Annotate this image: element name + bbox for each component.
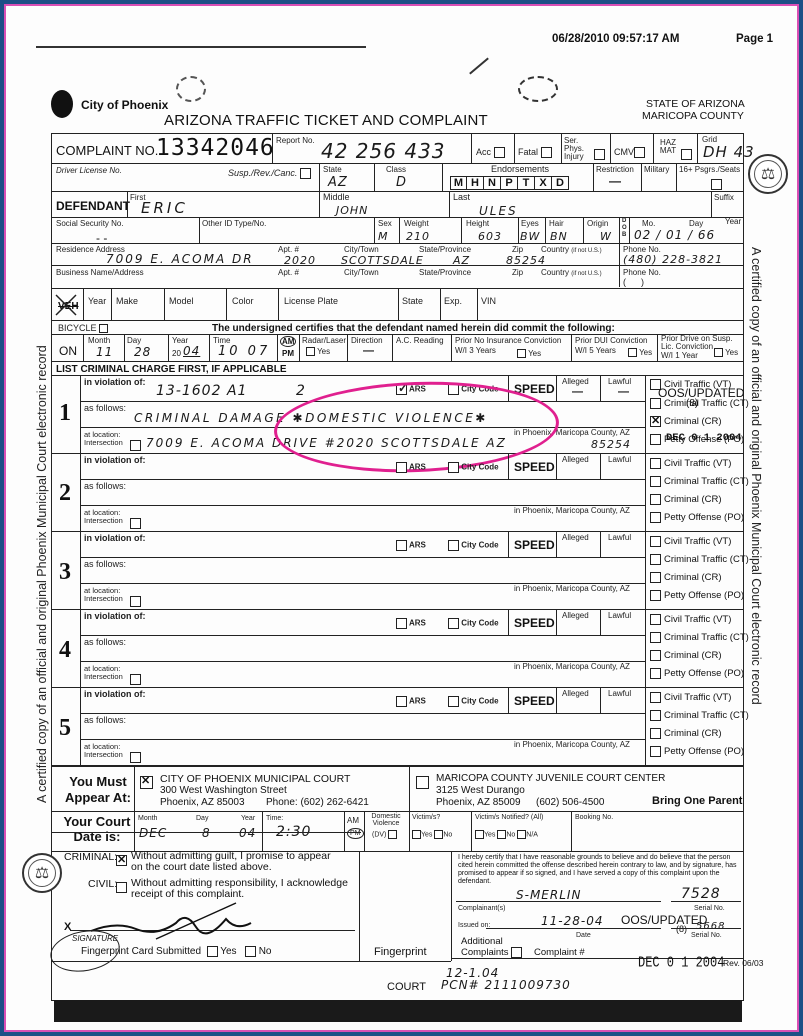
court1-name: CITY OF PHOENIX MUNICIPAL COURT [160, 773, 350, 785]
complainant-label: Complainant(s) [458, 904, 505, 913]
dv-label: Domestic Violence [368, 813, 404, 827]
charge-type-criminal-traffic: Criminal Traffic (CT) [650, 632, 749, 644]
speed-label: SPEED [514, 694, 555, 708]
charge-type-petty-offense: Petty Offense (PO) [650, 512, 744, 524]
prior-susp-yes: Yes [714, 348, 738, 357]
prior-insurance-yes: Yes [517, 349, 541, 358]
violation-label: in violation of: [84, 534, 146, 543]
criminal-checkbox[interactable] [650, 572, 661, 583]
residence-apt-label: Apt. # [278, 245, 299, 254]
certify-text: I hereby certify that I have reasonable … [458, 854, 740, 886]
violation-extra: 2 [296, 383, 306, 399]
restriction-label: Restriction [596, 165, 634, 174]
bring-parent-note: Bring One Parent [652, 795, 742, 807]
sex-value: M [378, 230, 389, 243]
court-label: COURT [387, 981, 426, 993]
hole-punch-mark [518, 76, 558, 102]
ser-phys-checkbox[interactable] [594, 149, 605, 160]
incident-month-label: Month [88, 336, 110, 345]
ssn-label: Social Security No. [56, 219, 124, 228]
restriction-value: — [609, 174, 621, 188]
charge-type-criminal-traffic: Criminal Traffic (CT) [650, 476, 749, 488]
print-timestamp: 06/28/2010 09:57:17 AM [552, 33, 679, 45]
prior-susp-sub: W/I 1 Year [661, 351, 698, 360]
city-code-option: City Code [448, 540, 499, 551]
complaint-label: COMPLAINT NO. [56, 143, 158, 158]
bicycle-label: BICYCLE [58, 324, 108, 333]
intersection-checkbox[interactable] [130, 596, 141, 607]
business-phone-label: Phone No. [623, 268, 661, 277]
dl-label: Driver License No. [56, 166, 122, 175]
dl-state-label: State [323, 165, 342, 174]
court-seal-icon: ⚖ [748, 154, 788, 194]
civil-traffic-checkbox[interactable] [650, 614, 661, 625]
city-code-checkbox[interactable] [448, 696, 459, 707]
intersection-checkbox[interactable] [130, 518, 141, 529]
hole-punch-mark [176, 76, 206, 102]
on-label: ON [59, 344, 77, 358]
court1-phone: Phone: (602) 262-6421 [266, 797, 369, 808]
criminal-checkbox[interactable] [650, 650, 661, 661]
criminal-checkbox[interactable] [650, 728, 661, 739]
business-phone-value: ( ) [623, 278, 644, 287]
violation-label: in violation of: [84, 456, 146, 465]
lawful-label: Lawful [608, 455, 631, 464]
ser-phys-label: Ser. Phys. Injury [564, 137, 594, 161]
endorsement-h: H [467, 176, 484, 190]
fingerprint-yes-checkbox[interactable] [207, 946, 218, 957]
charge-type-petty-offense: Petty Offense (PO) [650, 746, 744, 758]
charge-type-petty-offense: Petty Offense (PO) [650, 590, 744, 602]
hair-label: Hair [549, 219, 564, 228]
pen-mark [469, 58, 489, 75]
city-code-option: City Code [448, 462, 499, 473]
endorsement-t: T [518, 176, 535, 190]
phoenix-court-checkbox[interactable] [140, 776, 153, 789]
prior-dui-checkbox[interactable] [628, 348, 637, 357]
alleged-label: Alleged [562, 689, 589, 698]
incident-month-value: 11 [96, 345, 113, 359]
alleged-label: Alleged [562, 611, 589, 620]
form-title: ARIZONA TRAFFIC TICKET AND COMPLAINT [164, 112, 488, 129]
acc-checkbox[interactable] [494, 147, 505, 158]
prior-dui-sub: W/I 5 Years [575, 346, 616, 355]
phoenix-logo-icon [51, 90, 73, 118]
direction-label: Direction [351, 336, 383, 345]
city-code-option: City Code [448, 618, 499, 629]
notified-na-checkbox[interactable] [517, 830, 526, 839]
charge-number: 5 [59, 715, 71, 742]
fatal-checkbox[interactable] [541, 147, 552, 158]
intersection-checkbox[interactable] [130, 440, 141, 451]
court2-name: MARICOPA COUNTY JUVENILE COURT CENTER [436, 773, 665, 784]
charge-type-civil-traffic: Civil Traffic (VT) [650, 536, 731, 548]
in-phoenix-label: in Phoenix, Maricopa County, AZ [514, 584, 630, 593]
booking-label: Booking No. [575, 813, 613, 822]
charge-type-criminal-traffic: Criminal Traffic (CT) [650, 710, 749, 722]
report-number: 42 256 433 [321, 139, 446, 163]
victim-notified-label: Victim/s Notified? (All) [475, 813, 543, 822]
incident-day-label: Day [127, 336, 141, 345]
criminal-checkbox[interactable] [650, 416, 661, 427]
last-name-label: Last [453, 193, 470, 202]
dob-label: DOB [622, 218, 628, 239]
sex-label: Sex [378, 219, 392, 228]
criminal-traffic-checkbox[interactable] [650, 554, 661, 565]
document-frame: 06/28/2010 09:57:17 AM Page 1 City of Ph… [4, 4, 799, 1032]
court-am-option[interactable]: AM [347, 816, 359, 825]
petty-offense-checkbox[interactable] [650, 590, 661, 601]
prior-insurance-label: Prior No Insurance Conviction [455, 336, 561, 345]
dv-option: (DV) [372, 830, 397, 839]
criminal-promise-text: Without admitting guilt, I promise to ap… [131, 851, 331, 873]
city-code-checkbox[interactable] [448, 540, 459, 551]
court2-phone: (602) 506-4500 [536, 797, 604, 808]
state-line: STATE OF ARIZONA [646, 98, 745, 110]
issued-value: 11-28-04 [541, 914, 603, 928]
page-number: Page 1 [736, 33, 773, 45]
residence-state-label: State/Province [419, 245, 471, 254]
intersection-checkbox[interactable] [130, 674, 141, 685]
org-name: City of Phoenix [81, 98, 168, 112]
prior-dui-label: Prior DUI Conviction [575, 336, 647, 345]
court-month-value: DEC [139, 826, 167, 840]
juvenile-court-checkbox[interactable] [416, 776, 429, 789]
business-country-label: Country (if not U.S.) [541, 268, 602, 279]
lawful-value: — [618, 386, 629, 398]
business-apt-label: Apt. # [278, 268, 299, 277]
victim-yes-checkbox[interactable] [412, 830, 421, 839]
footer-date-stamp: DEC 0 1 2004 [638, 955, 724, 972]
civil-promise-checkbox[interactable] [116, 882, 127, 893]
speed-label: SPEED [514, 616, 555, 630]
endorsements-label: Endorsements [491, 165, 549, 174]
criminal-traffic-checkbox[interactable] [650, 476, 661, 487]
charge-type-criminal: Criminal (CR) [650, 572, 722, 584]
psgrs-label: 16+ Psgrs./Seats [679, 165, 740, 174]
charge-type-criminal-traffic: Criminal Traffic (CT) [650, 554, 749, 566]
veh-color-label: Color [232, 297, 254, 306]
victim-options: Yes No [412, 830, 452, 839]
certifies-text: The undersigned certifies that the defen… [212, 323, 615, 334]
incident-day-value: 28 [134, 345, 151, 359]
date-stamp: DEC 0 1 2004 [666, 432, 742, 444]
alleged-label: Alleged [562, 377, 589, 386]
county-line: MARICOPA COUNTY [642, 110, 744, 122]
location-label: at location:Intersection [84, 665, 123, 681]
criminal-checkbox[interactable] [650, 494, 661, 505]
speed-label: SPEED [514, 538, 555, 552]
charge-type-civil-traffic: Civil Traffic (VT) [650, 458, 731, 470]
ars-option: ARS [396, 618, 426, 629]
violation-value: 13-1602 A1 [156, 383, 247, 399]
court-day-value: 8 [202, 826, 211, 840]
date-label: Date [576, 931, 591, 940]
veh-crossout-mark [54, 293, 78, 317]
fatal-label: Fatal [518, 147, 552, 158]
ac-reading-label: A.C. Reading [396, 336, 444, 345]
speed-label: SPEED [514, 460, 555, 474]
middle-name-value: JOHN [336, 204, 368, 217]
violation-label: in violation of: [84, 378, 146, 387]
psgrs-checkbox[interactable] [711, 179, 722, 190]
height-label: Height [466, 219, 489, 228]
side-certification-left: A certified copy of an official and orig… [35, 302, 49, 847]
acc-label: Acc [476, 147, 505, 158]
height-value: 603 [478, 230, 502, 243]
endorsement-x: X [535, 176, 552, 190]
charge-type-criminal: Criminal (CR) [650, 728, 722, 740]
dv-checkbox[interactable] [388, 830, 397, 839]
location-label: at location:Intersection [84, 509, 123, 525]
in-phoenix-label: in Phoenix, Maricopa County, AZ [514, 740, 630, 749]
criminal-label: CRIMINAL: [64, 851, 117, 863]
serial-label: Serial No. [694, 904, 725, 913]
eyes-label: Eyes [521, 219, 539, 228]
cmv-checkbox[interactable] [634, 147, 645, 158]
prior-insurance-checkbox[interactable] [517, 349, 526, 358]
court-year-value: 04 [239, 826, 256, 840]
endorsements-grid: M H N P T X D [450, 176, 569, 190]
court-day-label: Day [196, 814, 208, 823]
lawful-label: Lawful [608, 377, 631, 386]
must-appear-label: You MustAppear At: [64, 774, 132, 806]
grid-value: DH 43 [703, 143, 755, 161]
last-name-value: ULES [479, 204, 518, 218]
suffix-label: Suffix [714, 193, 734, 202]
court-seal-icon: ⚖ [22, 853, 62, 893]
ars-checkbox[interactable] [396, 696, 407, 707]
oos-updated-sub: (8) [686, 398, 698, 409]
incident-time-value: 10 07 [218, 344, 270, 359]
business-zip-label: Zip [512, 268, 523, 277]
as-follows-label: as follows: [84, 404, 126, 413]
court-month-label: Month [138, 814, 157, 823]
court-date-label: Your CourtDate is: [61, 814, 133, 844]
ars-checkbox[interactable] [396, 540, 407, 551]
violation-label: in violation of: [84, 612, 146, 621]
pcn-number: PCN# 2111009730 [441, 978, 571, 992]
veh-vin-label: VIN [481, 297, 496, 306]
petty-offense-checkbox[interactable] [650, 434, 661, 445]
veh-plate-label: License Plate [284, 297, 338, 306]
bicycle-checkbox[interactable] [99, 324, 108, 333]
hazmat-checkbox[interactable] [681, 149, 692, 160]
city-code-checkbox[interactable] [448, 462, 459, 473]
serial-value: 7528 [681, 886, 721, 902]
endorsement-d: D [552, 176, 569, 190]
residence-value: 7009 E. ACOMA DR [106, 252, 254, 266]
intersection-checkbox[interactable] [130, 752, 141, 763]
charge-type-civil-traffic: Civil Traffic (VT) [650, 692, 731, 704]
victim-no-checkbox[interactable] [434, 830, 443, 839]
redaction-bar [54, 1000, 742, 1022]
direction-value: — [363, 345, 374, 357]
location-label: at location:Intersection [84, 743, 123, 759]
complainant-value: S-MERLIN [516, 888, 581, 902]
endorsement-n: N [484, 176, 501, 190]
complaint-hash-label: Complaint # [534, 947, 585, 958]
complaint-number: 13342046 [156, 135, 275, 161]
charge-type-civil-traffic: Civil Traffic (VT) [650, 614, 731, 626]
residence-country-label: Country (if not U.S.) [541, 245, 602, 256]
civil-promise-text: Without admitting responsibility, I ackn… [131, 878, 348, 900]
civil-traffic-checkbox[interactable] [650, 536, 661, 547]
susp-checkbox[interactable] [300, 168, 311, 179]
court1-city: Phoenix, AZ 85003 [160, 797, 245, 808]
charge-number: 4 [59, 637, 71, 664]
radar-yes-checkbox[interactable] [306, 347, 315, 356]
residence-city-label: City/Town [344, 245, 379, 254]
signature-x: X [64, 921, 71, 933]
ars-option: ARS [396, 696, 426, 707]
veh-exp-label: Exp. [444, 297, 462, 306]
veh-make-label: Make [116, 297, 138, 306]
origin-value: W [600, 230, 612, 243]
location-zip: 85254 [591, 438, 631, 451]
side-certification-right: A certified copy of an official and orig… [749, 196, 763, 756]
weight-label: Weight [404, 219, 429, 228]
am-circled[interactable]: AM [280, 336, 296, 347]
incident-year-value: 04 [183, 344, 200, 358]
lawful-label: Lawful [608, 611, 631, 620]
city-code-option: City Code [448, 696, 499, 707]
in-phoenix-label: in Phoenix, Maricopa County, AZ [514, 662, 630, 671]
criminal-traffic-checkbox[interactable] [650, 632, 661, 643]
dob-month-label: Mo. [642, 219, 655, 228]
military-label: Military [644, 165, 669, 174]
pm-option[interactable]: PM [282, 349, 294, 358]
charge-type-petty-offense: Petty Offense (PO) [650, 668, 744, 680]
in-phoenix-label: in Phoenix, Maricopa County, AZ [514, 506, 630, 515]
middle-name-label: Middle [323, 193, 350, 202]
as-follows-label: as follows: [84, 638, 126, 647]
veh-state-label: State [402, 297, 423, 306]
dob-year-label: Year [725, 217, 741, 226]
court2-street: 3125 West Durango [436, 785, 525, 796]
civil-label: CIVIL: [88, 878, 117, 890]
court-pm-circled[interactable]: PM [347, 828, 364, 839]
petty-offense-checkbox[interactable] [650, 746, 661, 757]
class-value: D [396, 175, 407, 190]
lawful-label: Lawful [608, 533, 631, 542]
endorsement-p: P [501, 176, 518, 190]
petty-offense-checkbox[interactable] [650, 668, 661, 679]
susp-label: Susp./Rev./Canc. [228, 168, 311, 179]
civil-traffic-checkbox[interactable] [650, 458, 661, 469]
city-code-checkbox[interactable] [448, 618, 459, 629]
lawful-label: Lawful [608, 689, 631, 698]
court2-city: Phoenix, AZ 85009 [436, 797, 521, 808]
ars-option: ARS [396, 540, 426, 551]
origin-label: Origin [587, 219, 608, 228]
court1-street: 300 West Washington Street [160, 785, 287, 796]
charges-header: LIST CRIMINAL CHARGE FIRST, IF APPLICABL… [56, 364, 287, 375]
civil-traffic-checkbox[interactable] [650, 692, 661, 703]
oos-updated-stamp-2: OOS/UPDATED [621, 913, 707, 927]
cmv-label: CMV [614, 147, 645, 158]
court-year-label: Year [241, 814, 255, 823]
notified-no-checkbox[interactable] [497, 830, 506, 839]
business-state-label: State/Province [419, 268, 471, 277]
violation-label: in violation of: [84, 690, 146, 699]
eyes-value: BW [520, 230, 540, 243]
ars-checkbox[interactable] [396, 618, 407, 629]
additional-complaints: AdditionalComplaints [461, 937, 522, 958]
business-label: Business Name/Address [56, 268, 144, 277]
charge-type-criminal: Criminal (CR) [650, 494, 722, 506]
endorsement-m: M [450, 176, 467, 190]
petty-offense-checkbox[interactable] [650, 512, 661, 523]
serial2-label: Serial No. [691, 931, 722, 940]
prior-dui-yes: Yes [628, 348, 652, 357]
scan-line [36, 46, 366, 48]
additional-complaints-checkbox[interactable] [511, 947, 522, 958]
alleged-value: — [572, 386, 583, 398]
defendant-label: DEFENDANT [56, 199, 130, 213]
radar-label: Radar/Laser [302, 336, 346, 345]
as-follows-label: as follows: [84, 560, 126, 569]
dl-state-value: AZ [328, 175, 348, 190]
as-follows-label: as follows: [84, 716, 126, 725]
alleged-label: Alleged [562, 455, 589, 464]
class-label: Class [386, 165, 406, 174]
oos-updated-sub-2: (8) [676, 924, 687, 934]
location-label: at location:Intersection [84, 587, 123, 603]
charge-number: 1 [59, 400, 71, 427]
criminal-traffic-checkbox[interactable] [650, 710, 661, 721]
report-label: Report No. [276, 136, 315, 145]
notified-yes-checkbox[interactable] [475, 830, 484, 839]
alleged-label: Alleged [562, 533, 589, 542]
veh-model-label: Model [169, 297, 194, 306]
residence-zip-label: Zip [512, 245, 523, 254]
charge-type-criminal: Criminal (CR) [650, 650, 722, 662]
victim-label: Victim/s? [412, 813, 440, 822]
charge-number: 3 [59, 559, 71, 586]
incident-year-prefix: 20 [172, 349, 181, 358]
victim-notified-options: Yes No N/A [475, 830, 538, 839]
weight-value: 210 [406, 230, 430, 243]
dob-value: 02 / 01 / 66 [634, 228, 715, 242]
fingerprint-label: Fingerprint [374, 946, 427, 958]
other-id-label: Other ID Type/No. [202, 219, 266, 228]
oos-updated-stamp: OOS/UPDATED [658, 386, 744, 400]
fingerprint-no-checkbox[interactable] [245, 946, 256, 957]
location-label: at location:Intersection [84, 431, 123, 447]
radar-yes: Yes [306, 347, 330, 356]
prior-susp-checkbox[interactable] [714, 348, 723, 357]
first-name-value: ERIC [141, 199, 188, 217]
ars-option: ARS [396, 462, 426, 473]
hazmat-label: HAZ MAT [657, 139, 679, 155]
charge-number: 2 [59, 480, 71, 507]
prior-insurance-sub: W/I 3 Years [455, 346, 496, 355]
veh-year-label: Year [88, 297, 106, 306]
ticket-page: 06/28/2010 09:57:17 AM Page 1 City of Ph… [6, 6, 797, 1030]
hair-value: BN [550, 230, 568, 243]
form-revision: Rev. 06/03 [723, 958, 763, 968]
ars-checkbox[interactable] [396, 462, 407, 473]
charge-type-criminal: Criminal (CR) [650, 416, 722, 428]
criminal-promise-checkbox[interactable] [116, 855, 127, 866]
court-time-label: Time: [266, 814, 283, 823]
as-follows-label: as follows: [84, 482, 126, 491]
dob-day-label: Day [689, 219, 703, 228]
business-city-label: City/Town [344, 268, 379, 277]
